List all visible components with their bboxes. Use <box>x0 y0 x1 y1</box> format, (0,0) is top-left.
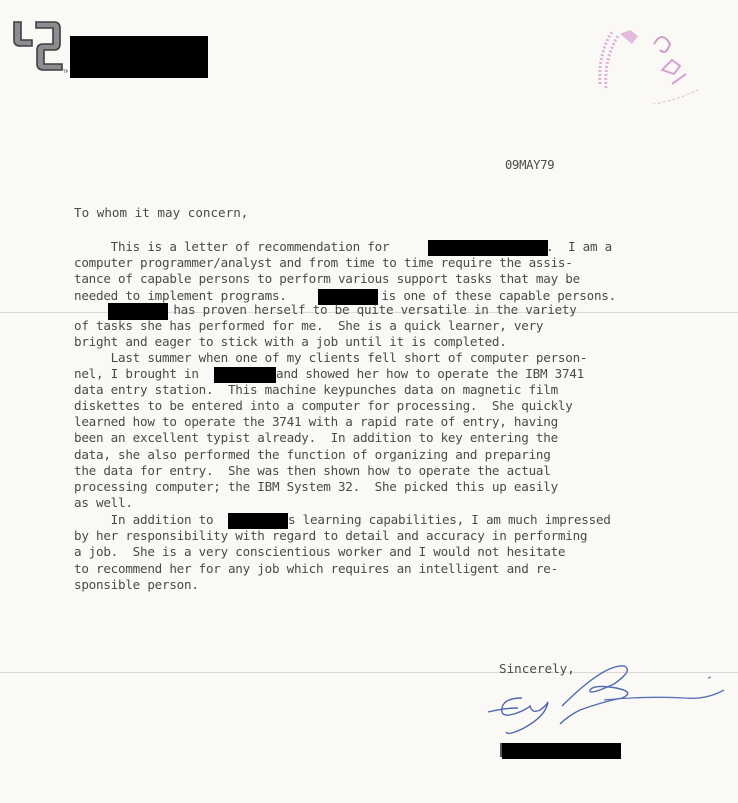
body-line: bright and eager to stick with a job unt… <box>74 334 507 350</box>
received-stamp-icon <box>592 14 722 104</box>
svg-text:TM: TM <box>62 69 68 74</box>
body-line: Last summer when one of my clients fell … <box>74 350 587 366</box>
body-line: . I am a <box>546 239 612 255</box>
body-line: This is a letter of recommendation for <box>74 239 397 255</box>
redacted-candidate-name <box>428 240 548 256</box>
body-line: computer programmer/analyst and from tim… <box>74 255 573 271</box>
body-line: the data for entry. She was then shown h… <box>74 463 551 479</box>
company-monogram-logo-icon: TM <box>10 18 68 74</box>
body-line: of tasks she has performed for me. She i… <box>74 318 543 334</box>
handwritten-signature-icon <box>484 656 729 736</box>
body-line: tance of capable persons to perform vari… <box>74 271 580 287</box>
body-line: processing computer; the IBM System 32. … <box>74 479 558 495</box>
redacted-candidate-name <box>214 367 276 383</box>
letter-date: 09MAY79 <box>505 158 554 172</box>
body-line: been an excellent typist already. In add… <box>74 430 558 446</box>
body-line: data entry station. This machine keypunc… <box>74 382 558 398</box>
redacted-company-name <box>70 36 208 78</box>
body-line: has proven herself to be quite versatile… <box>166 302 577 318</box>
body-line: sponsible person. <box>74 577 199 593</box>
redacted-candidate-name <box>228 513 288 529</box>
salutation: To whom it may concern, <box>74 205 248 220</box>
body-line: s learning capabilities, I am much impre… <box>288 512 611 528</box>
body-line: to recommend her for any job which requi… <box>74 561 558 577</box>
body-line: learned how to operate the 3741 with a r… <box>74 414 558 430</box>
body-line: and showed her how to operate the IBM 37… <box>276 366 584 382</box>
body-line: as well. <box>74 495 133 511</box>
body-line: by her responsibility with regard to det… <box>74 528 587 544</box>
letter-page: TM 09MAY79 To whom it may concern, This … <box>0 0 738 803</box>
body-line: nel, I brought in <box>74 366 206 382</box>
body-line: In addition to <box>74 512 221 528</box>
body-line: data, she also performed the function of… <box>74 447 551 463</box>
body-line: diskettes to be entered into a computer … <box>74 398 573 414</box>
body-line: a job. She is a very conscientious worke… <box>74 544 565 560</box>
redacted-signer-name <box>502 743 621 759</box>
